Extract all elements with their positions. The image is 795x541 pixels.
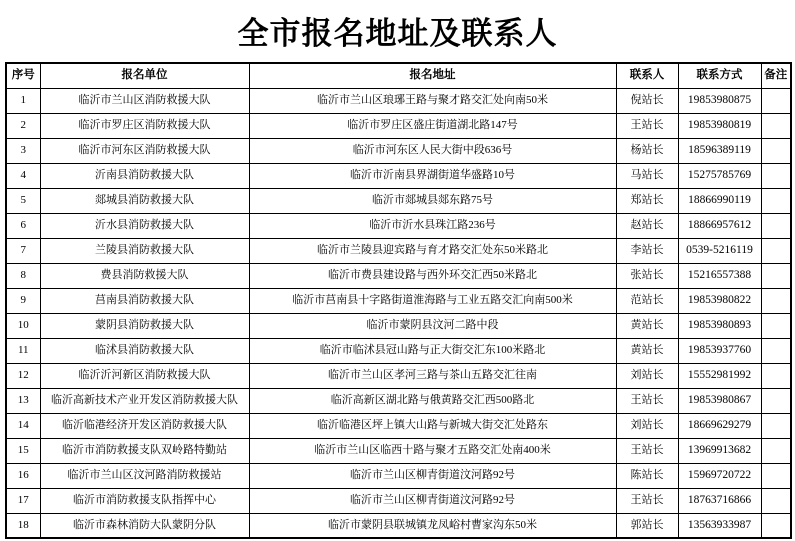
cell-address: 临沂市蒙阴县联城镇龙凤峪村曹家沟东50米	[249, 513, 616, 538]
table-header: 序号报名单位报名地址联系人联系方式备注	[6, 63, 791, 88]
cell-unit: 临沂市消防救援支队指挥中心	[40, 488, 249, 513]
cell-no: 3	[6, 138, 40, 163]
cell-phone: 19853980875	[678, 88, 761, 113]
cell-contact: 王站长	[616, 488, 678, 513]
cell-phone: 13563933987	[678, 513, 761, 538]
cell-address: 临沂市兰山区柳青街道汶河路92号	[249, 488, 616, 513]
cell-no: 18	[6, 513, 40, 538]
cell-note	[761, 138, 791, 163]
cell-unit: 临沂临港经济开发区消防救援大队	[40, 413, 249, 438]
cell-note	[761, 488, 791, 513]
cell-note	[761, 463, 791, 488]
cell-unit: 沂水县消防救援大队	[40, 213, 249, 238]
table-row: 2临沂市罗庄区消防救援大队临沂市罗庄区盛庄街道湖北路147号王站长1985398…	[6, 113, 791, 138]
cell-no: 4	[6, 163, 40, 188]
cell-phone: 19853980822	[678, 288, 761, 313]
table-row: 17临沂市消防救援支队指挥中心临沂市兰山区柳青街道汶河路92号王站长187637…	[6, 488, 791, 513]
registration-table: 序号报名单位报名地址联系人联系方式备注 1临沂市兰山区消防救援大队临沂市兰山区琅…	[5, 62, 792, 539]
column-header-unit: 报名单位	[40, 63, 249, 88]
cell-address: 临沂市兰山区临西十路与聚才五路交汇处南400米	[249, 438, 616, 463]
cell-phone: 19853980893	[678, 313, 761, 338]
cell-contact: 王站长	[616, 438, 678, 463]
table-row: 6沂水县消防救援大队临沂市沂水县珠江路236号赵站长18866957612	[6, 213, 791, 238]
cell-note	[761, 238, 791, 263]
cell-phone: 19853980819	[678, 113, 761, 138]
cell-note	[761, 413, 791, 438]
column-header-no: 序号	[6, 63, 40, 88]
cell-phone: 0539-5216119	[678, 238, 761, 263]
cell-address: 临沂市兰山区孝河三路与茶山五路交汇往南	[249, 363, 616, 388]
cell-address: 临沂高新区湖北路与俄黄路交汇西500路北	[249, 388, 616, 413]
cell-address: 临沂市郯城县郯东路75号	[249, 188, 616, 213]
cell-no: 5	[6, 188, 40, 213]
document-page: 全市报名地址及联系人 序号报名单位报名地址联系人联系方式备注 1临沂市兰山区消防…	[0, 0, 795, 541]
cell-note	[761, 188, 791, 213]
cell-contact: 黄站长	[616, 338, 678, 363]
cell-contact: 郑站长	[616, 188, 678, 213]
cell-note	[761, 388, 791, 413]
cell-unit: 费县消防救援大队	[40, 263, 249, 288]
cell-unit: 沂南县消防救援大队	[40, 163, 249, 188]
cell-address: 临沂市沂南县界湖街道华盛路10号	[249, 163, 616, 188]
table-row: 11临沭县消防救援大队临沂市临沭县冠山路与正大街交汇东100米路北黄站长1985…	[6, 338, 791, 363]
cell-no: 15	[6, 438, 40, 463]
cell-no: 12	[6, 363, 40, 388]
column-header-phone: 联系方式	[678, 63, 761, 88]
table-row: 13临沂高新技术产业开发区消防救援大队临沂高新区湖北路与俄黄路交汇西500路北王…	[6, 388, 791, 413]
cell-no: 6	[6, 213, 40, 238]
cell-note	[761, 213, 791, 238]
cell-unit: 临沂市兰山区消防救援大队	[40, 88, 249, 113]
cell-unit: 兰陵县消防救援大队	[40, 238, 249, 263]
cell-address: 临沂市河东区人民大街中段636号	[249, 138, 616, 163]
cell-address: 临沂市罗庄区盛庄街道湖北路147号	[249, 113, 616, 138]
table-body: 1临沂市兰山区消防救援大队临沂市兰山区琅琊王路与聚才路交汇处向南50米倪站长19…	[6, 88, 791, 538]
table-header-row: 序号报名单位报名地址联系人联系方式备注	[6, 63, 791, 88]
cell-contact: 刘站长	[616, 413, 678, 438]
cell-no: 14	[6, 413, 40, 438]
table-row: 12临沂沂河新区消防救援大队临沂市兰山区孝河三路与茶山五路交汇往南刘站长1555…	[6, 363, 791, 388]
table-row: 1临沂市兰山区消防救援大队临沂市兰山区琅琊王路与聚才路交汇处向南50米倪站长19…	[6, 88, 791, 113]
cell-address: 临沂市蒙阴县汶河二路中段	[249, 313, 616, 338]
cell-phone: 18763716866	[678, 488, 761, 513]
table-row: 4沂南县消防救援大队临沂市沂南县界湖街道华盛路10号马站长15275785769	[6, 163, 791, 188]
cell-no: 9	[6, 288, 40, 313]
cell-contact: 马站长	[616, 163, 678, 188]
cell-no: 17	[6, 488, 40, 513]
cell-note	[761, 113, 791, 138]
column-header-address: 报名地址	[249, 63, 616, 88]
cell-phone: 13969913682	[678, 438, 761, 463]
cell-note	[761, 263, 791, 288]
cell-phone: 18596389119	[678, 138, 761, 163]
cell-unit: 莒南县消防救援大队	[40, 288, 249, 313]
cell-note	[761, 163, 791, 188]
cell-address: 临沂市兰山区琅琊王路与聚才路交汇处向南50米	[249, 88, 616, 113]
cell-phone: 19853980867	[678, 388, 761, 413]
cell-unit: 临沂市河东区消防救援大队	[40, 138, 249, 163]
cell-unit: 临沂高新技术产业开发区消防救援大队	[40, 388, 249, 413]
cell-contact: 郭站长	[616, 513, 678, 538]
cell-contact: 黄站长	[616, 313, 678, 338]
cell-contact: 王站长	[616, 113, 678, 138]
cell-no: 8	[6, 263, 40, 288]
cell-no: 1	[6, 88, 40, 113]
cell-no: 10	[6, 313, 40, 338]
cell-note	[761, 438, 791, 463]
cell-phone: 18866957612	[678, 213, 761, 238]
cell-phone: 19853937760	[678, 338, 761, 363]
table-row: 8费县消防救援大队临沂市费县建设路与西外环交汇西50米路北张站长15216557…	[6, 263, 791, 288]
cell-unit: 蒙阴县消防救援大队	[40, 313, 249, 338]
cell-contact: 李站长	[616, 238, 678, 263]
cell-unit: 临沭县消防救援大队	[40, 338, 249, 363]
cell-contact: 陈站长	[616, 463, 678, 488]
cell-unit: 临沂市消防救援支队双岭路特勤站	[40, 438, 249, 463]
table-row: 3临沂市河东区消防救援大队临沂市河东区人民大街中段636号杨站长18596389…	[6, 138, 791, 163]
cell-no: 11	[6, 338, 40, 363]
cell-address: 临沂市沂水县珠江路236号	[249, 213, 616, 238]
table-row: 10蒙阴县消防救援大队临沂市蒙阴县汶河二路中段黄站长19853980893	[6, 313, 791, 338]
cell-phone: 18866990119	[678, 188, 761, 213]
cell-contact: 杨站长	[616, 138, 678, 163]
cell-phone: 15969720722	[678, 463, 761, 488]
cell-no: 16	[6, 463, 40, 488]
cell-unit: 临沂市罗庄区消防救援大队	[40, 113, 249, 138]
cell-note	[761, 313, 791, 338]
cell-contact: 赵站长	[616, 213, 678, 238]
cell-phone: 15552981992	[678, 363, 761, 388]
cell-note	[761, 513, 791, 538]
cell-no: 7	[6, 238, 40, 263]
cell-address: 临沂市费县建设路与西外环交汇西50米路北	[249, 263, 616, 288]
table-row: 16临沂市兰山区汶河路消防救援站临沂市兰山区柳青街道汶河路92号陈站长15969…	[6, 463, 791, 488]
column-header-note: 备注	[761, 63, 791, 88]
table-row: 9莒南县消防救援大队临沂市莒南县十字路街道淮海路与工业五路交汇向南500米范站长…	[6, 288, 791, 313]
cell-unit: 郯城县消防救援大队	[40, 188, 249, 213]
cell-no: 2	[6, 113, 40, 138]
cell-contact: 倪站长	[616, 88, 678, 113]
cell-contact: 范站长	[616, 288, 678, 313]
cell-no: 13	[6, 388, 40, 413]
cell-note	[761, 88, 791, 113]
table-row: 7兰陵县消防救援大队临沂市兰陵县迎宾路与育才路交汇处东50米路北李站长0539-…	[6, 238, 791, 263]
page-title: 全市报名地址及联系人	[0, 8, 795, 53]
cell-address: 临沂市临沭县冠山路与正大街交汇东100米路北	[249, 338, 616, 363]
table-row: 15临沂市消防救援支队双岭路特勤站临沂市兰山区临西十路与聚才五路交汇处南400米…	[6, 438, 791, 463]
cell-note	[761, 363, 791, 388]
cell-unit: 临沂市森林消防大队蒙阴分队	[40, 513, 249, 538]
cell-phone: 15275785769	[678, 163, 761, 188]
cell-address: 临沂市莒南县十字路街道淮海路与工业五路交汇向南500米	[249, 288, 616, 313]
column-header-contact: 联系人	[616, 63, 678, 88]
table-row: 18临沂市森林消防大队蒙阴分队临沂市蒙阴县联城镇龙凤峪村曹家沟东50米郭站长13…	[6, 513, 791, 538]
table-row: 14临沂临港经济开发区消防救援大队临沂临港区坪上镇大山路与新城大街交汇处路东刘站…	[6, 413, 791, 438]
cell-contact: 张站长	[616, 263, 678, 288]
cell-phone: 18669629279	[678, 413, 761, 438]
cell-contact: 王站长	[616, 388, 678, 413]
cell-unit: 临沂沂河新区消防救援大队	[40, 363, 249, 388]
cell-note	[761, 338, 791, 363]
cell-contact: 刘站长	[616, 363, 678, 388]
table-row: 5郯城县消防救援大队临沂市郯城县郯东路75号郑站长18866990119	[6, 188, 791, 213]
cell-note	[761, 288, 791, 313]
cell-address: 临沂市兰陵县迎宾路与育才路交汇处东50米路北	[249, 238, 616, 263]
cell-address: 临沂市兰山区柳青街道汶河路92号	[249, 463, 616, 488]
cell-phone: 15216557388	[678, 263, 761, 288]
cell-unit: 临沂市兰山区汶河路消防救援站	[40, 463, 249, 488]
cell-address: 临沂临港区坪上镇大山路与新城大街交汇处路东	[249, 413, 616, 438]
